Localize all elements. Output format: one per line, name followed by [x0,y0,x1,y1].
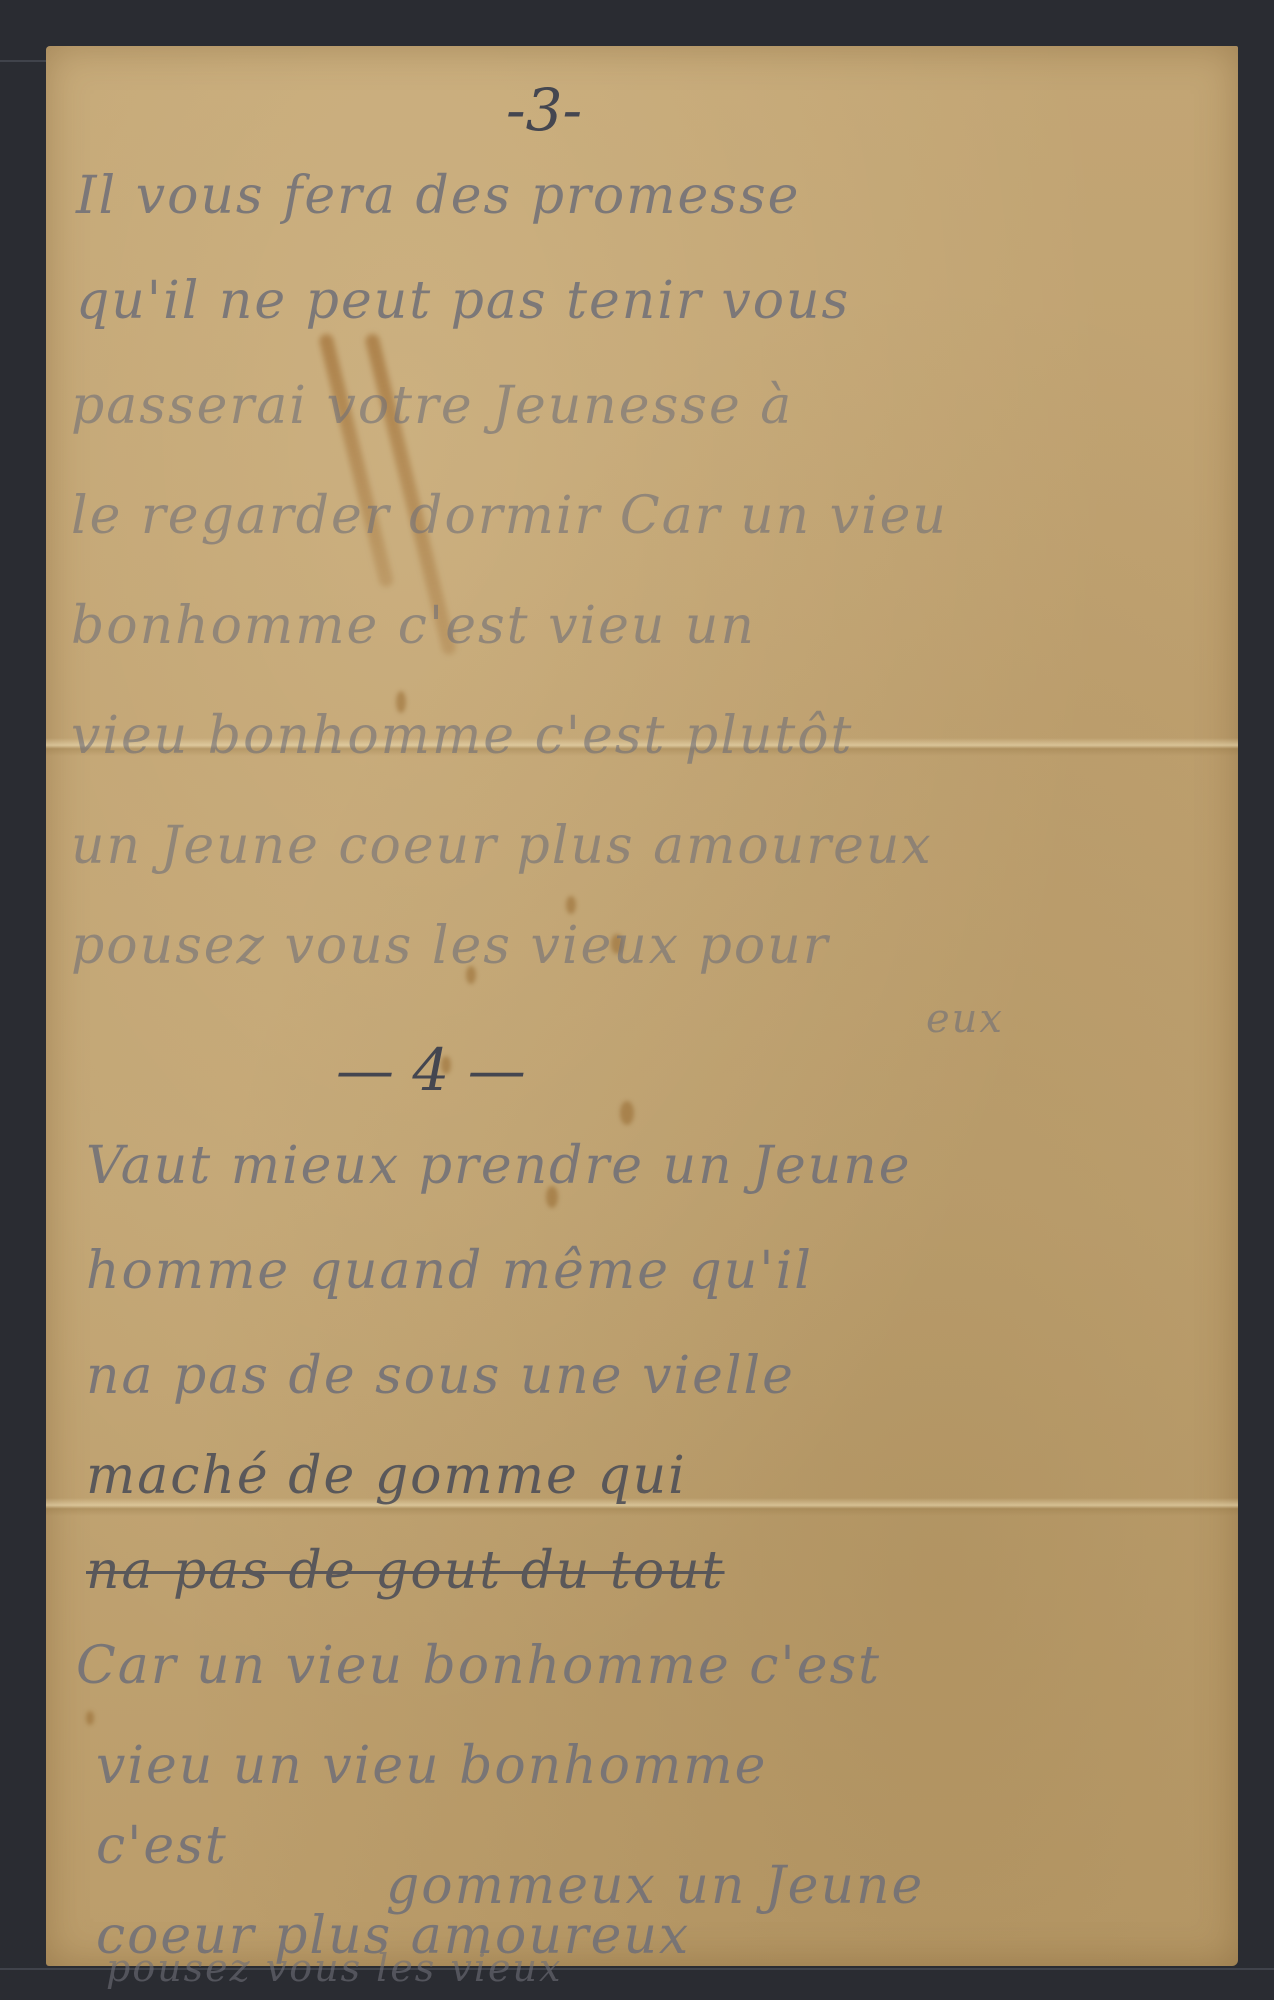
stain-spot [620,1101,634,1125]
stain-spot [86,1711,94,1725]
section-number-3: -3- [506,76,582,144]
handwritten-line: passerai votre Jeunesse à [71,376,793,436]
handwritten-line: eux [926,996,1004,1042]
document-scan: -3- Il vous fera des promesse qu'il ne p… [0,0,1274,2000]
handwritten-line: vieu bonhomme c'est plutôt [71,706,853,766]
handwritten-line: Il vous fera des promesse [76,166,800,226]
handwritten-line: vieu un vieu bonhomme [96,1736,767,1796]
handwritten-line: pousez vous les vieux pour [71,916,830,976]
handwritten-line: maché de gomme qui [86,1446,687,1506]
handwritten-line: c'est [96,1816,228,1876]
handwritten-line: qu'il ne peut pas tenir vous [76,271,850,331]
handwritten-line: bonhomme c'est vieu un [71,596,756,656]
section-number-4: — 4 — [336,1036,526,1104]
handwritten-line: pousez vous les vieux [106,1946,562,1990]
paper-sheet: -3- Il vous fera des promesse qu'il ne p… [46,46,1238,1966]
handwritten-line: le regarder dormir Car un vieu [71,486,948,546]
scan-edge-line [0,60,46,62]
handwritten-line: na pas de sous une vielle [86,1346,795,1406]
handwritten-line: Vaut mieux prendre un Jeune [86,1136,912,1196]
handwritten-line: un Jeune coeur plus amoureux [71,816,933,876]
handwritten-line: homme quand même qu'il [86,1241,813,1301]
stain-spot [566,896,576,914]
handwritten-line: Car un vieu bonhomme c'est [76,1636,881,1696]
handwritten-line-struck: na pas de gout du tout [86,1541,725,1601]
